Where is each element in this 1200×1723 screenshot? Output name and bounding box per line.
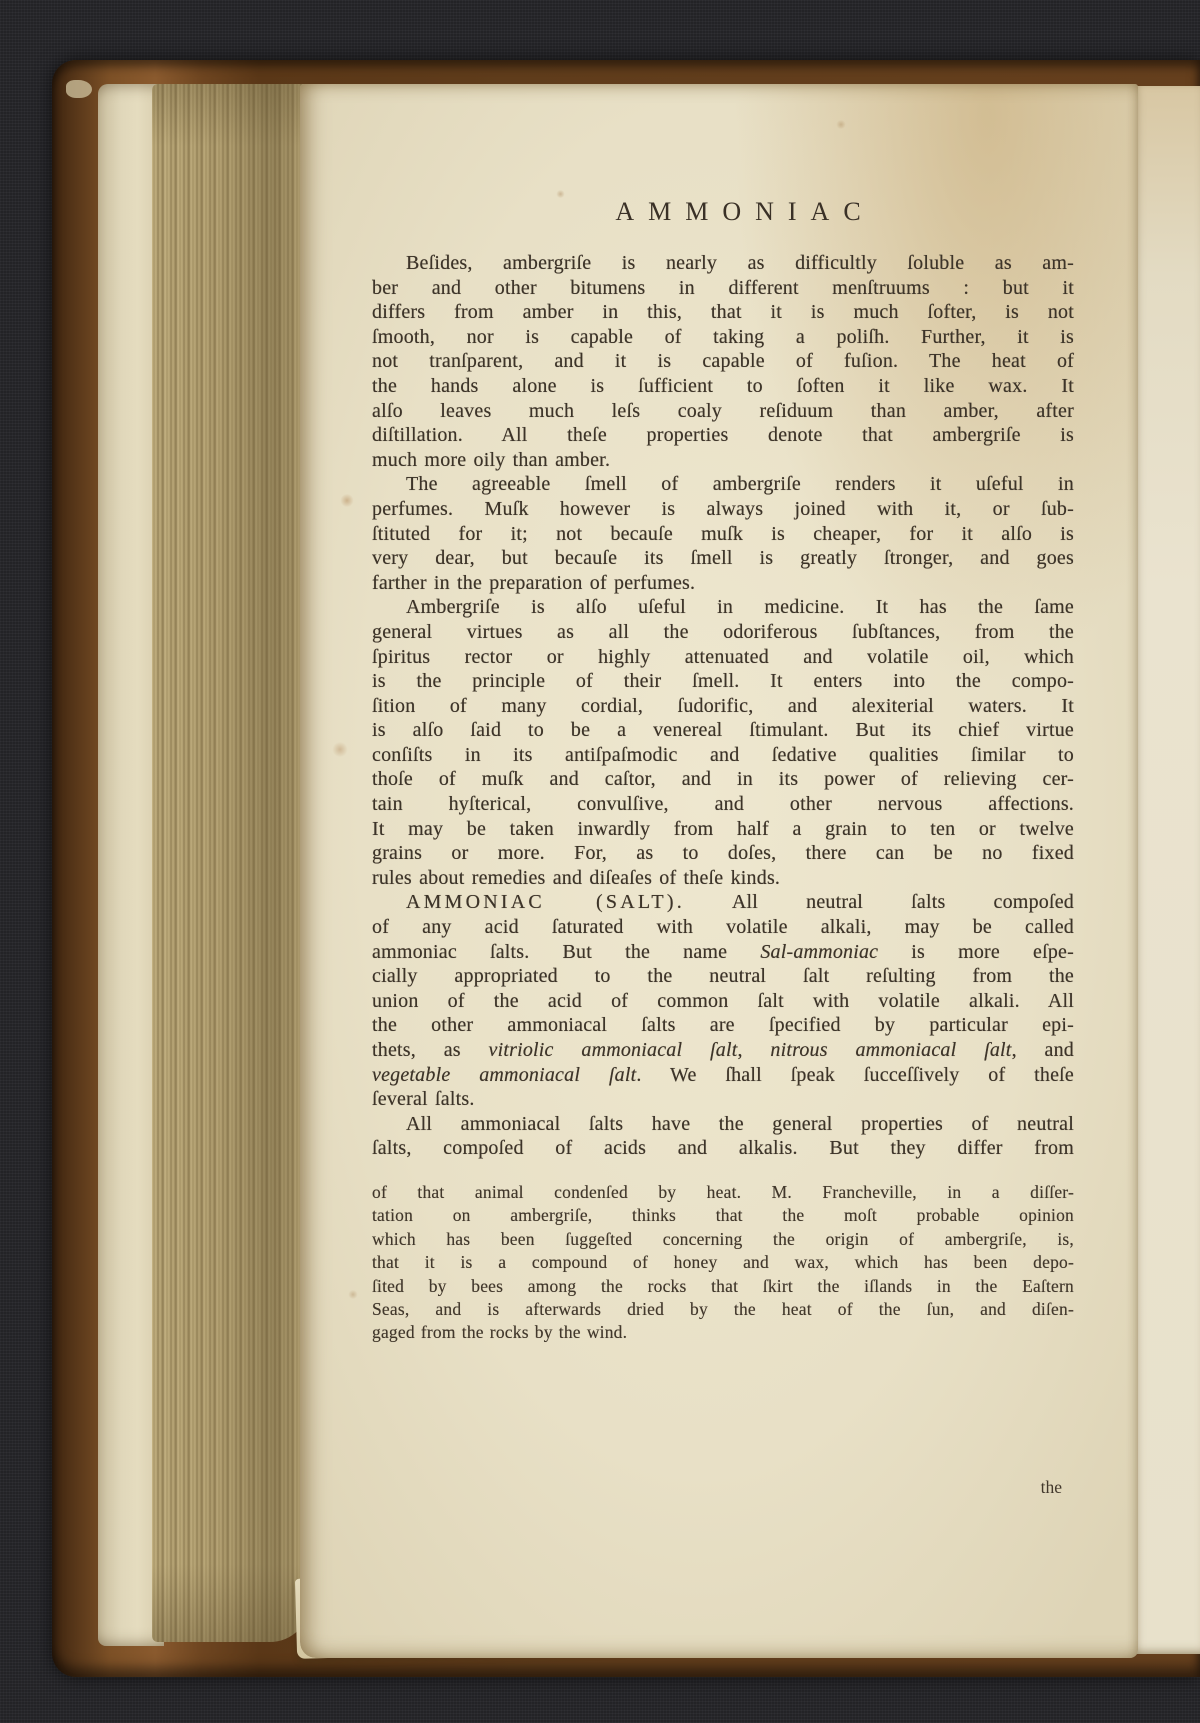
text-line: is alſo ſaid to be a venereal ſtimulant.… [372, 718, 1074, 743]
text-line: AMMONIAC (SALT). All neutral ſalts compo… [372, 890, 1074, 915]
next-page-edge [1132, 86, 1200, 1654]
text-line: farther in the preparation of perfumes. [372, 571, 1074, 596]
text-line: ammoniac ſalts. But the name Sal-ammonia… [372, 940, 1074, 965]
text-line: conſiſts in its antiſpaſmodic and ſedati… [372, 743, 1074, 768]
text-line: not tranſparent, and it is capable of fu… [372, 349, 1074, 374]
text-line: diſtillation. All theſe properties denot… [372, 423, 1074, 448]
text-line: much more oily than amber. [372, 448, 1074, 473]
footnote-line: gaged from the rocks by the wind. [372, 1321, 1074, 1344]
page-heading: AMMONIAC [394, 196, 1096, 228]
footnote-line: that it is a compound of honey and wax, … [372, 1251, 1074, 1274]
text-line: thets, as vitriolic ammoniacal ſalt, nit… [372, 1038, 1074, 1063]
text-line: cially appropriated to the neutral ſalt … [372, 964, 1074, 989]
italic-term: vitriolic ammoniacal ſalt [489, 1039, 738, 1061]
text-line: ſeveral ſalts. [372, 1087, 1074, 1112]
text-segment: ammoniac ſalts. But the name [372, 941, 760, 963]
text-line: tain hyſterical, convulſive, and other n… [372, 792, 1074, 817]
text-segment: is more eſpe- [878, 941, 1074, 963]
text-segment: , and [1012, 1039, 1074, 1061]
text-line: grains or more. For, as to doſes, there … [372, 841, 1074, 866]
text-line: rules about remedies and diſeaſes of the… [372, 866, 1074, 891]
text-line: The agreeable ſmell of ambergriſe render… [372, 472, 1074, 497]
footnote-line: of that animal condenſed by heat. M. Fra… [372, 1181, 1074, 1204]
text-line: differs from amber in this, that it is m… [372, 300, 1074, 325]
text-line: ſition of many cordial, ſudorific, and a… [372, 694, 1074, 719]
text-line: vegetable ammoniacal ſalt. We ſhall ſpea… [372, 1063, 1074, 1088]
text-line: ſalts, compoſed of acids and alkalis. Bu… [372, 1136, 1074, 1161]
text-line: ſtituted for it; not becauſe muſk is che… [372, 522, 1074, 547]
catchword: the [372, 1477, 1062, 1498]
text-line: It may be taken inwardly from half a gra… [372, 817, 1074, 842]
footnote-line: tation on ambergriſe, thinks that the mo… [372, 1204, 1074, 1227]
backdrop-fabric: AMMONIAC Beſides, ambergriſe is nearly a… [0, 0, 1200, 1723]
text-line: All ammoniacal ſalts have the general pr… [372, 1112, 1074, 1137]
text-line: general virtues as all the odoriferous ſ… [372, 620, 1074, 645]
text-line: alſo leaves much leſs coaly reſiduum tha… [372, 399, 1074, 424]
footnote-line: Seas, and is afterwards dried by the hea… [372, 1298, 1074, 1321]
text-line: Beſides, ambergriſe is nearly as difficu… [372, 251, 1074, 276]
text-line: the other ammoniacal ſalts are ſpecified… [372, 1013, 1074, 1038]
footnote-line: ſited by bees among the rocks that ſkirt… [372, 1275, 1074, 1298]
entry-headword: AMMONIAC (SALT). [406, 891, 685, 913]
footnote: of that animal condenſed by heat. M. Fra… [372, 1181, 1074, 1345]
footnote-line: which has been ſuggeſted concerning the … [372, 1228, 1074, 1251]
text-line: ſmooth, nor is capable of taking a poliſ… [372, 325, 1074, 350]
cover-wear-mark [66, 80, 92, 98]
text-line: Ambergriſe is alſo uſeful in medicine. I… [372, 595, 1074, 620]
page-stack-fore-edge [152, 84, 310, 1642]
text-line: perfumes. Muſk however is always joined … [372, 497, 1074, 522]
text-line: the hands alone is ſufficient to ſoften … [372, 374, 1074, 399]
italic-term: vegetable ammoniacal ſalt [372, 1064, 636, 1086]
text-line: ber and other bitumens in different menſ… [372, 276, 1074, 301]
text-line: very dear, but becauſe its ſmell is grea… [372, 546, 1074, 571]
text-segment: All neutral ſalts compoſed [685, 891, 1074, 913]
text-line: is the principle of their ſmell. It ente… [372, 669, 1074, 694]
text-line: union of the acid of common ſalt with vo… [372, 989, 1074, 1014]
text-segment: thets, as [372, 1039, 489, 1061]
text-segment: , [737, 1039, 770, 1061]
page-text: Beſides, ambergriſe is nearly as difficu… [372, 251, 1074, 1161]
italic-term: nitrous ammoniacal ſalt [770, 1039, 1011, 1061]
text-line: thoſe of muſk and caſtor, and in its pow… [372, 767, 1074, 792]
italic-term: Sal-ammoniac [760, 941, 878, 963]
text-segment: . We ſhall ſpeak ſucceſſively of theſe [636, 1064, 1074, 1086]
text-line: of any acid ſaturated with volatile alka… [372, 915, 1074, 940]
text-line: ſpiritus rector or highly attenuated and… [372, 645, 1074, 670]
